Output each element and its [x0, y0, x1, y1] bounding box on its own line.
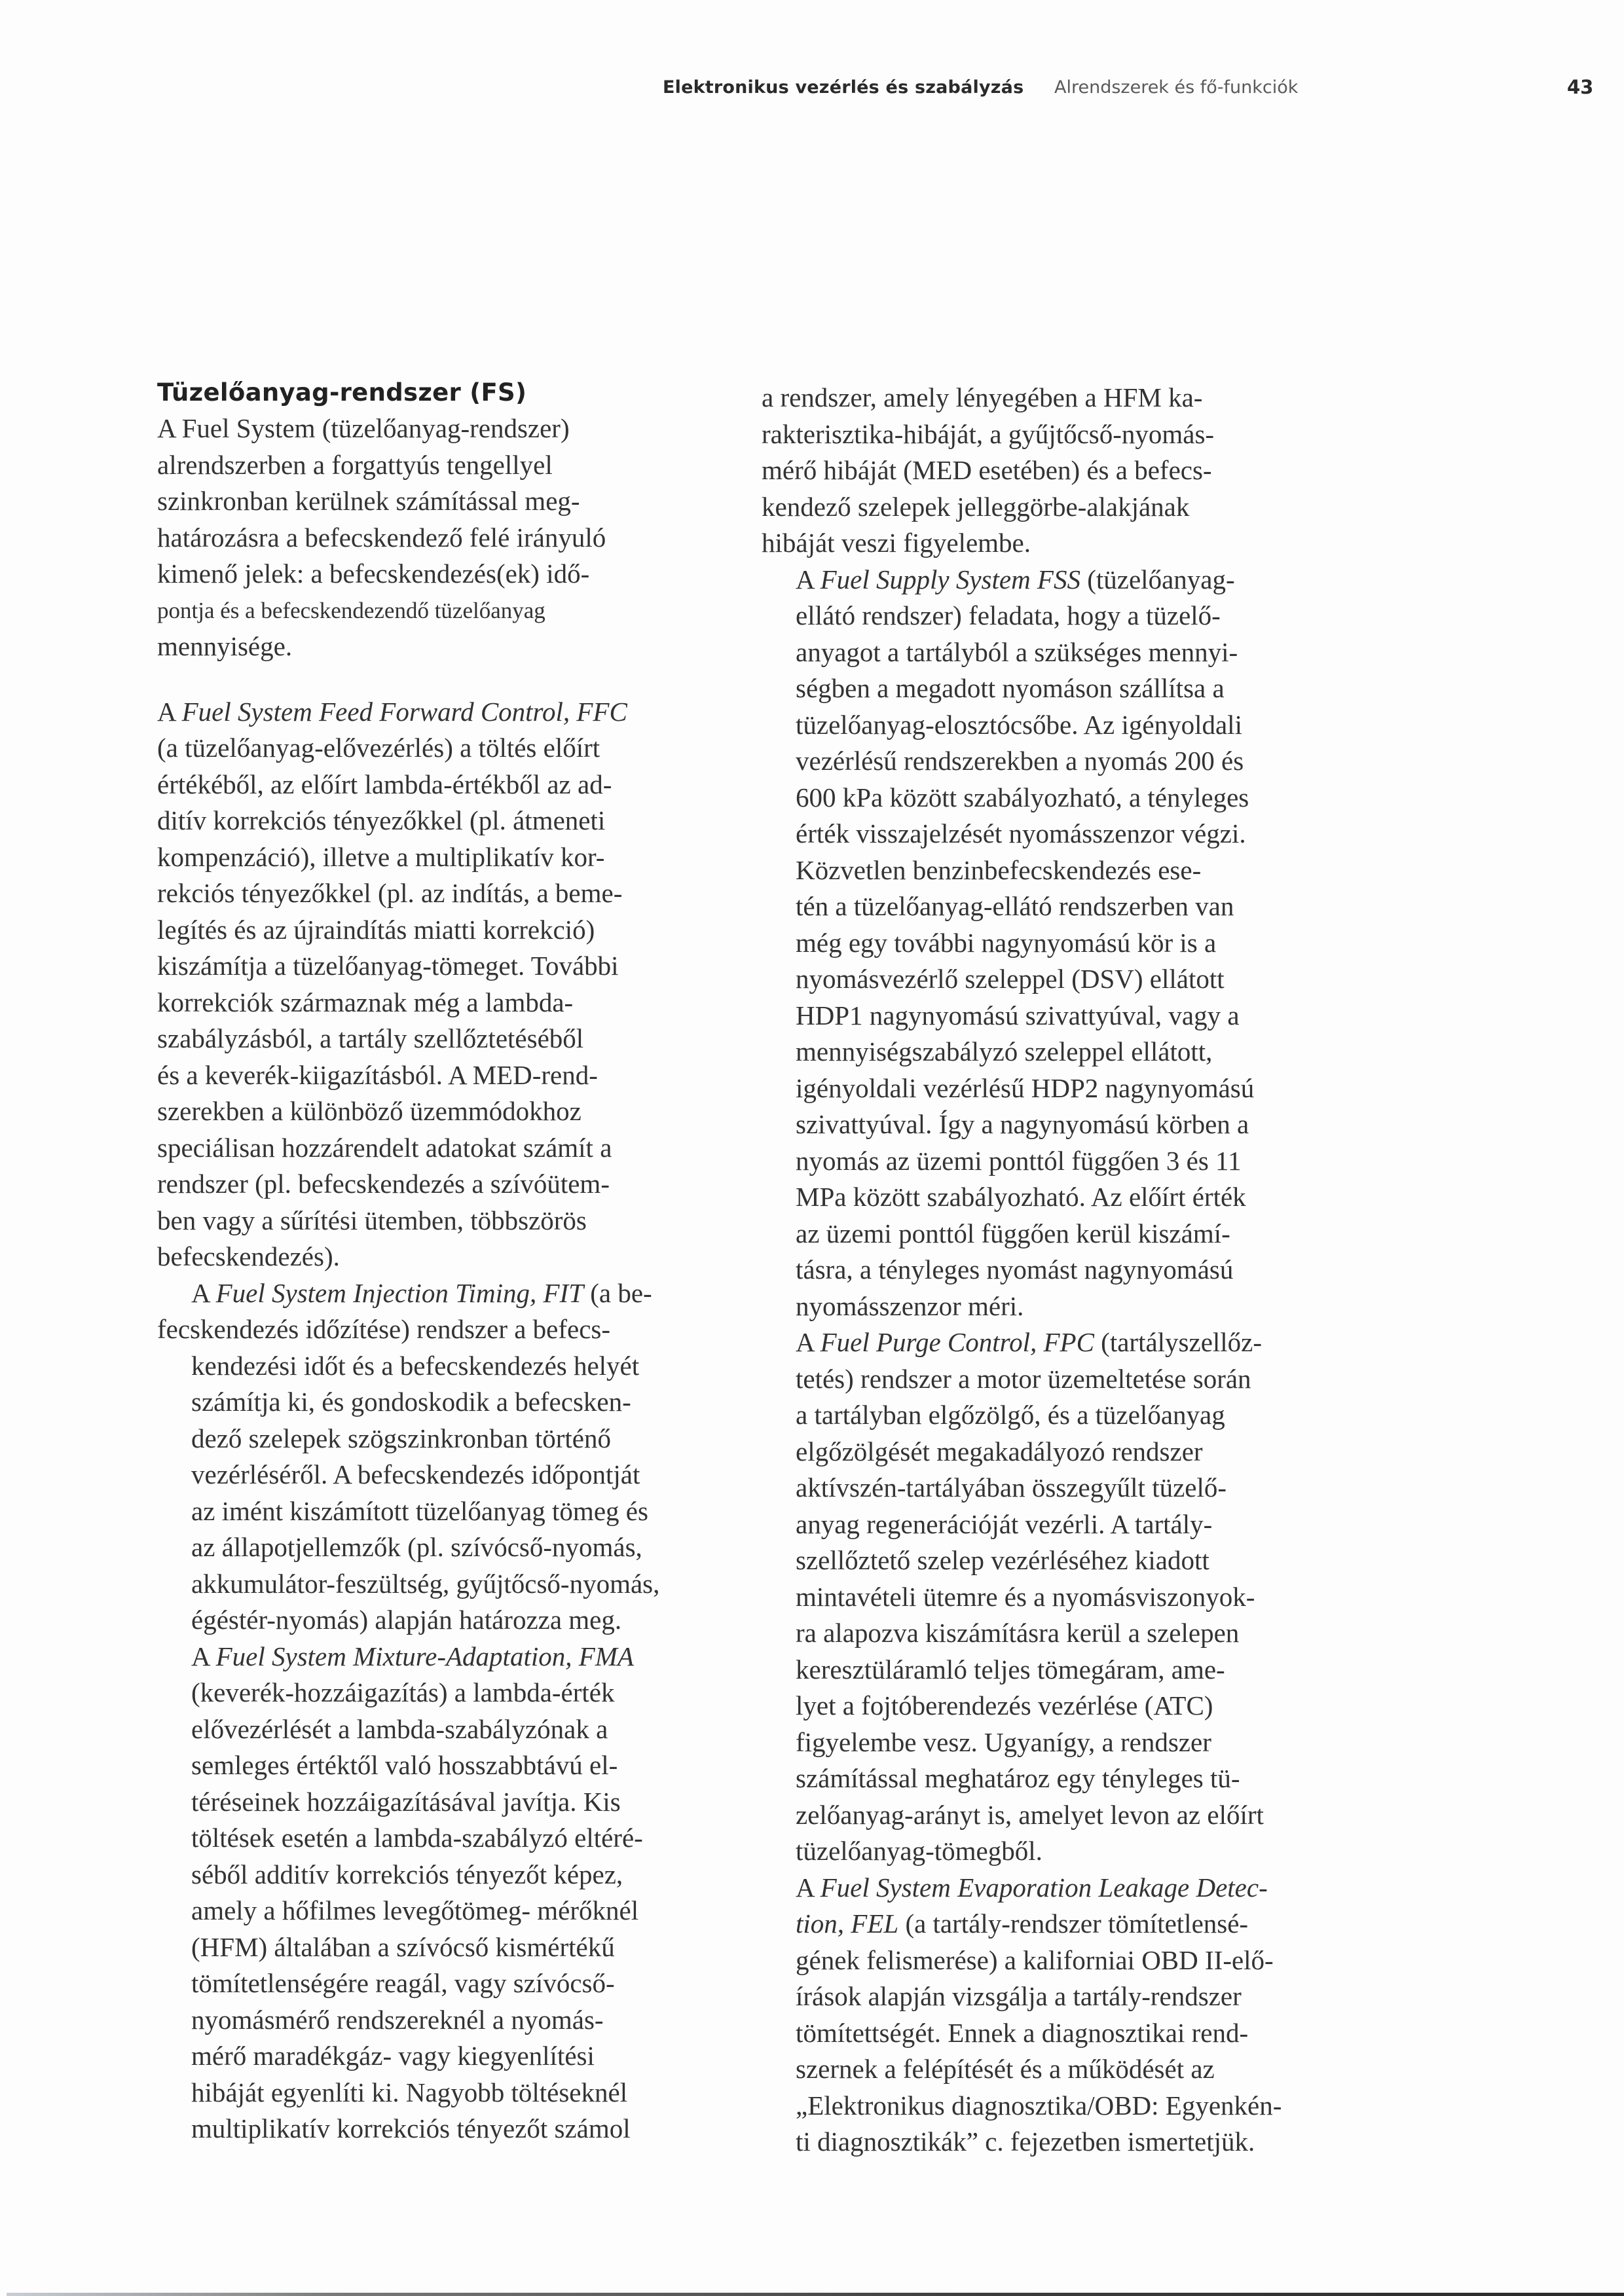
- text-line: kiszámítja a tüzelőanyag-tömeget. Tovább…: [157, 948, 733, 985]
- term-fel-continued: tion, FEL: [796, 1908, 898, 1939]
- paragraph-fma: A Fuel System Mixture-Adaptation, FMA (k…: [157, 1639, 733, 2147]
- text-line: számítja ki, és gondoskodik a befecsken-: [157, 1384, 733, 1421]
- text-line: ra alapozva kiszámításra kerül a szelepe…: [762, 1615, 1338, 1652]
- left-column: Tüzelőanyag-rendszer (FS) A Fuel System …: [157, 376, 733, 2147]
- text-line: töltések esetén a lambda-szabályzó eltér…: [157, 1820, 733, 1857]
- text-line: semleges értéktől való hosszabbtávú el-: [157, 1747, 733, 1784]
- text-line: még egy további nagynyomású kör is a: [762, 925, 1338, 962]
- text-line: igényoldali vezérlésű HDP2 nagynyomású: [762, 1070, 1338, 1107]
- text-line: tén a tüzelőanyag-ellátó rendszerben van: [762, 888, 1338, 925]
- text-line: és a keverék-kiigazításból. A MED-rend-: [157, 1057, 733, 1094]
- text-line: ségben a megadott nyomáson szállítsa a: [762, 670, 1338, 707]
- text-line: kendezési időt és a befecskendezés helyé…: [157, 1348, 733, 1385]
- text-line: tüzelőanyag-elosztócsőbe. Az igényoldali: [762, 707, 1338, 744]
- text-line: mérő hibáját (MED esetében) és a befecs-: [762, 452, 1338, 489]
- text-line: a tartályban elgőzölgő, és a tüzelőanyag: [762, 1397, 1338, 1434]
- term-ffc: Fuel System Feed Forward Control, FFC: [182, 697, 627, 727]
- text-line: vezérléséről. A befecskendezés időpontjá…: [157, 1457, 733, 1493]
- tail-text: (a tartály-rendszer tömítetlensé-: [898, 1908, 1248, 1939]
- text-line: égéstér-nyomás) alapján határozza meg.: [157, 1602, 733, 1639]
- text-line: A Fuel Purge Control, FPC (tartályszellő…: [762, 1324, 1338, 1361]
- text-line: szivattyúval. Így a nagynyomású körben a: [762, 1106, 1338, 1143]
- paragraph-fs-intro: A Fuel System (tüzelőanyag-rendszer) alr…: [157, 410, 733, 665]
- text-line: számítással meghatároz egy tényleges tü-: [762, 1760, 1338, 1797]
- text-line: ellátó rendszer) feladata, hogy a tüzelő…: [762, 598, 1338, 634]
- text-line: elgőzölgését megakadályozó rendszer: [762, 1434, 1338, 1470]
- text-line: írások alapján vizsgálja a tartály-rends…: [762, 1978, 1338, 2015]
- text-line: mérő maradékgáz- vagy kiegyenlítési: [157, 2038, 733, 2075]
- text-line: nyomás az üzemi ponttól függően 3 és 11: [762, 1143, 1338, 1180]
- text-line: szinkronban kerülnek számítással meg-: [157, 483, 733, 520]
- text-line: kompenzáció), illetve a multiplikatív ko…: [157, 839, 733, 876]
- lead-text: A: [796, 1327, 821, 1357]
- text-line: téréseinek hozzáigazításával javítja. Ki…: [157, 1784, 733, 1821]
- text-line: ti diagnosztikák” c. fejezetben ismertet…: [762, 2124, 1338, 2160]
- text-line: kimenő jelek: a befecskendezés(ek) idő-: [157, 556, 733, 592]
- text-line: dező szelepek szögszinkronban történő: [157, 1421, 733, 1457]
- text-line: szerekben a különböző üzemmódokhoz: [157, 1093, 733, 1130]
- text-line: (a tüzelőanyag-elővezérlés) a töltés elő…: [157, 730, 733, 767]
- text-line: nyomásvezérlő szeleppel (DSV) ellátott: [762, 961, 1338, 998]
- text-line: pontja és a befecskendezendő tüzelőanyag: [157, 592, 733, 629]
- text-line: akkumulátor-feszültség, gyűjtőcső-nyomás…: [157, 1566, 733, 1603]
- text-line: az állapotjellemzők (pl. szívócső-nyomás…: [157, 1529, 733, 1566]
- lead-text: A: [157, 697, 182, 727]
- text-line: A Fuel System (tüzelőanyag-rendszer): [157, 410, 733, 447]
- text-line: zelőanyag-arányt is, amelyet levon az el…: [762, 1797, 1338, 1834]
- text-line: hibáját veszi figyelembe.: [762, 525, 1338, 562]
- text-line: speciálisan hozzárendelt adatokat számít…: [157, 1130, 733, 1167]
- paragraph-fel: A Fuel System Evaporation Leakage Detec-…: [762, 1870, 1338, 2160]
- tail-text: (tüzelőanyag-: [1080, 564, 1235, 594]
- text-line: ditív korrekciós tényezőkkel (pl. átmene…: [157, 803, 733, 839]
- text-line: MPa között szabályozható. Az előírt érté…: [762, 1179, 1338, 1216]
- text-line: ben vagy a sűrítési ütemben, többszörös: [157, 1203, 733, 1239]
- text-line: korrekciók származnak még a lambda-: [157, 985, 733, 1021]
- term-fit: Fuel System Injection Timing, FIT: [216, 1278, 583, 1308]
- text-line: figyelembe vesz. Ugyanígy, a rendszer: [762, 1724, 1338, 1761]
- text-line: A Fuel System Evaporation Leakage Detec-: [762, 1870, 1338, 1906]
- text-line: értékéből, az előírt lambda-értékből az …: [157, 767, 733, 803]
- page-number: 43: [1567, 76, 1593, 98]
- text-line: kendező szelepek jelleggörbe-alakjának: [762, 489, 1338, 526]
- text-line: 600 kPa között szabályozható, a ténylege…: [762, 780, 1338, 816]
- lead-text: A: [796, 1872, 821, 1903]
- paragraph-ffc: A Fuel System Feed Forward Control, FFC …: [157, 694, 733, 1275]
- text-line: rakterisztika-hibáját, a gyűjtőcső-nyomá…: [762, 416, 1338, 453]
- lead-text: A: [796, 564, 821, 594]
- text-line: tömítetlenségére reagál, vagy szívócső-: [157, 1965, 733, 2002]
- text-line: az üzemi ponttól függően kerül kiszámí-: [762, 1216, 1338, 1252]
- text-line: amely a hőfilmes levegőtömeg- mérőknél: [157, 1893, 733, 1929]
- text-line: szellőztető szelep vezérléséhez kiadott: [762, 1542, 1338, 1579]
- lead-text: A: [191, 1278, 216, 1308]
- text-line: multiplikatív korrekciós tényezőt számol: [157, 2111, 733, 2147]
- section-title: Alrendszerek és fő-funkciók: [1054, 77, 1298, 98]
- text-line: keresztüláramló teljes tömegáram, ame-: [762, 1652, 1338, 1688]
- text-line: hibáját egyenlíti ki. Nagyobb töltésekné…: [157, 2075, 733, 2111]
- lead-text: A: [191, 1641, 216, 1671]
- text-line: „Elektronikus diagnosztika/OBD: Egyenkén…: [762, 2088, 1338, 2124]
- text-line: A Fuel System Injection Timing, FIT (a b…: [157, 1275, 733, 1312]
- text-line: rekciós tényezőkkel (pl. az indítás, a b…: [157, 875, 733, 912]
- text-line: anyag regenerációját vezérli. A tartály-: [762, 1506, 1338, 1543]
- text-line: lyet a fojtóberendezés vezérlése (ATC): [762, 1688, 1338, 1724]
- text-line: határozásra a befecskendező felé irányul…: [157, 520, 733, 556]
- text-line: anyagot a tartályból a szükséges mennyi-: [762, 634, 1338, 671]
- text-line: fecskendezés időzítése) rendszer a befec…: [157, 1311, 733, 1348]
- scan-edge-divider: [7, 2293, 1624, 2296]
- tail-text: (tartályszellőz-: [1094, 1327, 1262, 1357]
- text-line: elővezérlését a lambda-szabályzónak a: [157, 1711, 733, 1748]
- text-line: tásra, a tényleges nyomást nagynyomású: [762, 1252, 1338, 1288]
- chapter-title: Elektronikus vezérlés és szabályzás: [663, 77, 1024, 98]
- running-head: Elektronikus vezérlés és szabályzás Alre…: [0, 73, 1624, 106]
- text-line: (HFM) általában a szívócső kismértékű: [157, 1929, 733, 1966]
- text-line: tömítettségét. Ennek a diagnosztikai ren…: [762, 2015, 1338, 2052]
- text-line: befecskendezés).: [157, 1239, 733, 1275]
- text-line: vezérlésű rendszerekben a nyomás 200 és: [762, 743, 1338, 780]
- text-line: tüzelőanyag-tömegből.: [762, 1833, 1338, 1870]
- text-line: szernek a felépítését és a működését az: [762, 2051, 1338, 2088]
- text-line: nyomásmérő rendszereknél a nyomás-: [157, 2002, 733, 2039]
- text-line: mintavételi ütemre és a nyomásviszonyok-: [762, 1579, 1338, 1616]
- paragraph-fpc: A Fuel Purge Control, FPC (tartályszellő…: [762, 1324, 1338, 1870]
- text-line: mennyiségszabályzó szeleppel ellátott,: [762, 1034, 1338, 1070]
- paragraph-fss: A Fuel Supply System FSS (tüzelőanyag- e…: [762, 562, 1338, 852]
- text-line: HDP1 nagynyomású szivattyúval, vagy a: [762, 998, 1338, 1034]
- text-line: tion, FEL (a tartály-rendszer tömítetlen…: [762, 1906, 1338, 1942]
- tail-text: (a be-: [583, 1278, 652, 1308]
- right-column: a rendszer, amely lényegében a HFM ka- r…: [762, 380, 1338, 2160]
- paragraph-fma-continued: a rendszer, amely lényegében a HFM ka- r…: [762, 380, 1338, 562]
- text-line: (keverék-hozzáigazítás) a lambda-érték: [157, 1675, 733, 1711]
- term-fel: Fuel System Evaporation Leakage Detec-: [821, 1872, 1268, 1903]
- paragraph-direct-injection: Közvetlen benzinbefecskendezés ese- tén …: [762, 852, 1338, 1325]
- text-line: tetés) rendszer a motor üzemeltetése sor…: [762, 1361, 1338, 1398]
- text-line: A Fuel Supply System FSS (tüzelőanyag-: [762, 562, 1338, 598]
- text-line: nyomásszenzor méri.: [762, 1288, 1338, 1325]
- text-line: a rendszer, amely lényegében a HFM ka-: [762, 380, 1338, 416]
- text-line: érték visszajelzését nyomásszenzor végzi…: [762, 816, 1338, 852]
- text-line: Közvetlen benzinbefecskendezés ese-: [762, 852, 1338, 889]
- paragraph-fit: A Fuel System Injection Timing, FIT (a b…: [157, 1275, 733, 1639]
- section-heading: Tüzelőanyag-rendszer (FS): [157, 376, 733, 409]
- text-line: gének felismerése) a kaliforniai OBD II-…: [762, 1942, 1338, 1979]
- term-fma: Fuel System Mixture-Adaptation, FMA: [216, 1641, 634, 1671]
- text-line: A Fuel System Feed Forward Control, FFC: [157, 694, 733, 731]
- text-line: alrendszerben a forgattyús tengellyel: [157, 447, 733, 484]
- text-line: az imént kiszámított tüzelőanyag tömeg é…: [157, 1493, 733, 1530]
- text-line: mennyisége.: [157, 629, 733, 665]
- text-line: séből additív korrekciós tényezőt képez,: [157, 1857, 733, 1893]
- text-line: legítés és az újraindítás miatti korrekc…: [157, 912, 733, 949]
- text-line: szabályzásból, a tartály szellőztetésébő…: [157, 1021, 733, 1057]
- text-line: aktívszén-tartályában összegyűlt tüzelő-: [762, 1470, 1338, 1506]
- text-line: A Fuel System Mixture-Adaptation, FMA: [157, 1639, 733, 1675]
- term-fpc: Fuel Purge Control, FPC: [821, 1327, 1094, 1357]
- text-line: rendszer (pl. befecskendezés a szívóütem…: [157, 1166, 733, 1203]
- term-fss: Fuel Supply System FSS: [821, 564, 1080, 594]
